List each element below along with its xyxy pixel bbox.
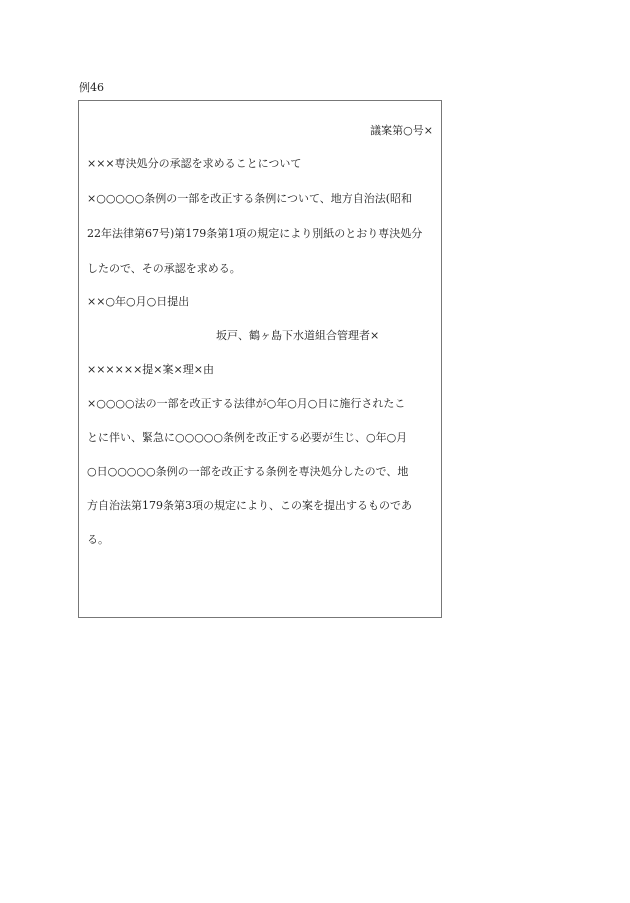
body-line: ×○○○○○条例の一部を改正する条例について、地方自治法(昭和 <box>87 192 412 206</box>
example-label: 例46 <box>79 81 104 95</box>
document-box: 議案第○号× ×××専決処分の承認を求めることについて ×○○○○○条例の一部を… <box>78 100 442 618</box>
reason-heading: ××××××提×案×理×由 <box>87 363 214 377</box>
body-line: したので、その承認を求める。 <box>87 262 241 276</box>
reason-line: 方自治法第179条第3項の規定により、この案を提出するものであ <box>87 499 412 513</box>
reason-line: ○日○○○○○条例の一部を改正する条例を専決処分したので、地 <box>87 465 408 479</box>
body-line: 22年法律第67号)第179条第1項の規定により別紙のとおり専決処分 <box>87 227 422 241</box>
reason-line: とに伴い、緊急に○○○○○条例を改正する必要が生じ、○年○月 <box>87 431 407 445</box>
document-title: ×××専決処分の承認を求めることについて <box>87 157 301 171</box>
submission-date: ××○年○月○日提出 <box>87 295 189 309</box>
reason-line: ×○○○○法の一部を改正する法律が○年○月○日に施行されたこ <box>87 397 405 411</box>
bill-number: 議案第○号× <box>370 124 433 138</box>
submitter: 坂戸、鶴ヶ島下水道組合管理者× <box>216 329 379 343</box>
reason-line: る。 <box>87 533 109 547</box>
